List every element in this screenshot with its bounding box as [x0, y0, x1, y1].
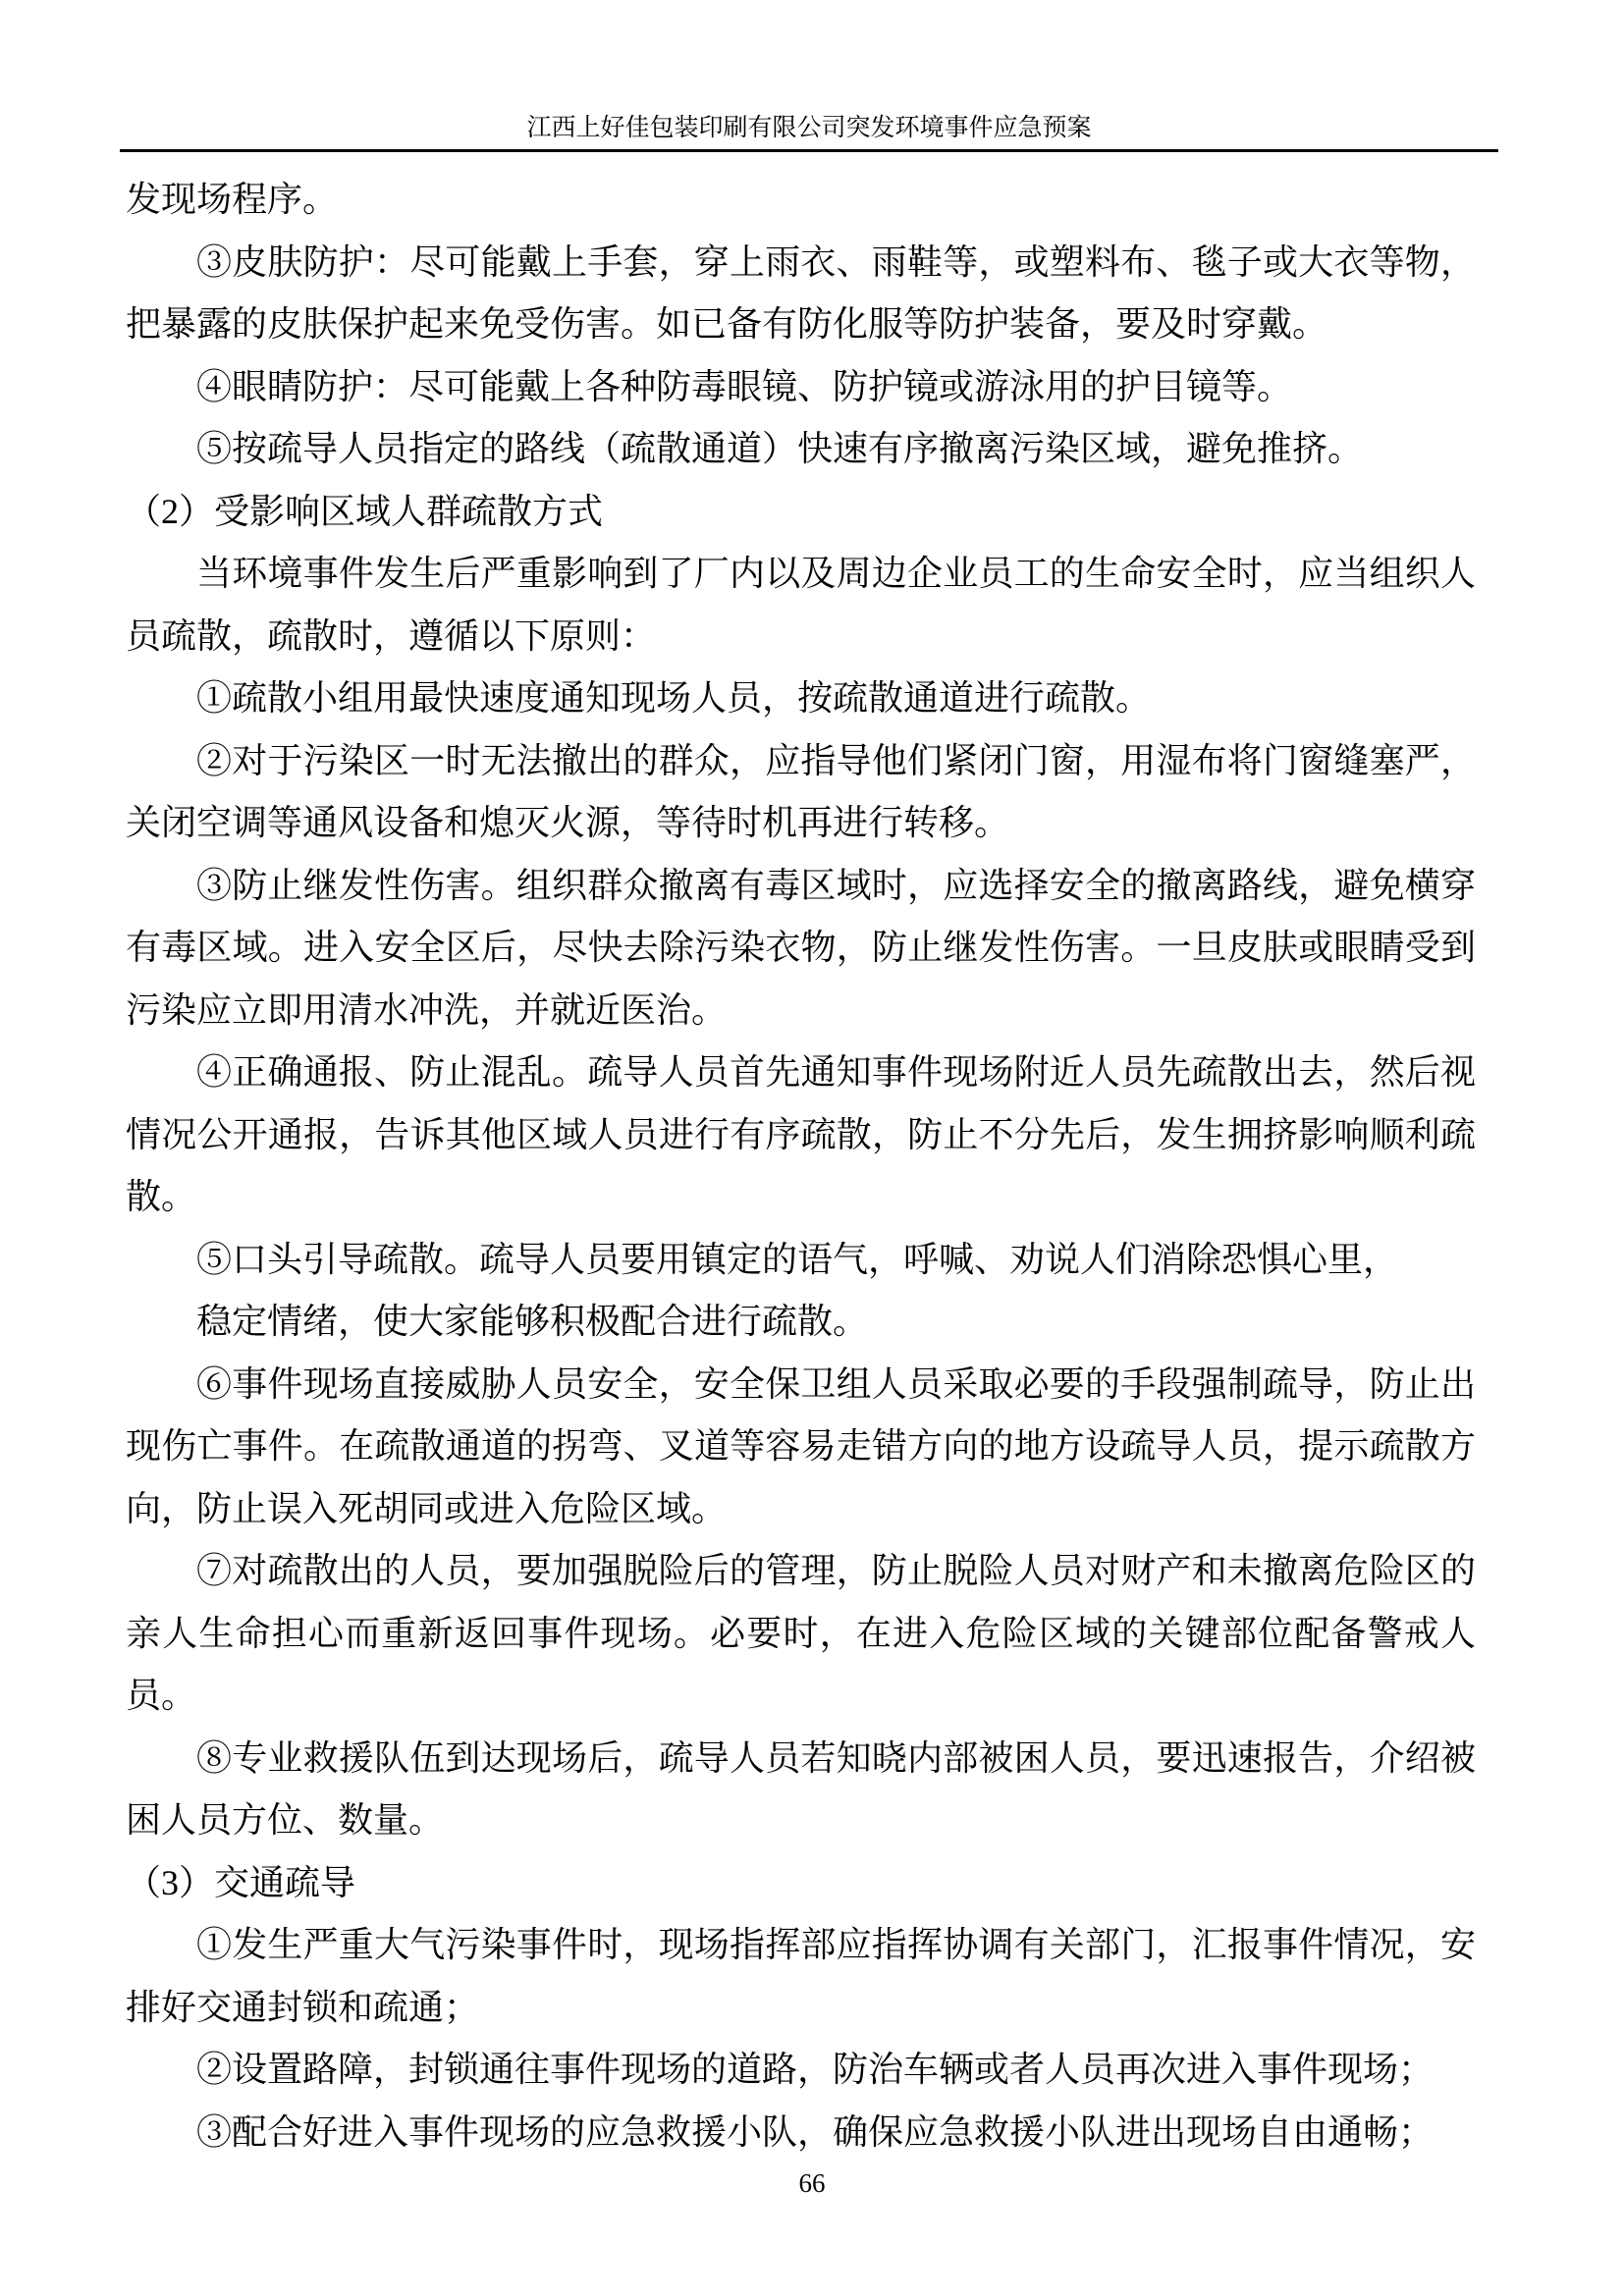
- paragraph: ③皮肤防护：尽可能戴上手套，穿上雨衣、雨鞋等，或塑料布、毯子或大衣等物，把暴露的…: [126, 232, 1476, 356]
- paragraph: ①疏散小组用最快速度通知现场人员，按疏散通道进行疏散。: [126, 667, 1476, 730]
- page-number: 66: [799, 2168, 826, 2198]
- paragraph: ①发生严重大气污染事件时，现场指挥部应指挥协调有关部门，汇报事件情况，安排好交通…: [126, 1914, 1476, 2039]
- section-heading: （3）交通疏导: [126, 1852, 1476, 1915]
- page-header: 江西上好佳包装印刷有限公司突发环境事件应急预案: [120, 0, 1498, 152]
- paragraph: ⑤口头引导疏散。疏导人员要用镇定的语气，呼喊、劝说人们消除恐惧心里，: [126, 1229, 1476, 1292]
- paragraph: 当环境事件发生后严重影响到了厂内以及周边企业员工的生命安全时，应当组织人员疏散，…: [126, 543, 1476, 667]
- page-body: 发现场程序。③皮肤防护：尽可能戴上手套，穿上雨衣、雨鞋等，或塑料布、毯子或大衣等…: [126, 169, 1476, 2163]
- page-footer: 66: [0, 2167, 1624, 2199]
- paragraph: ②设置路障，封锁通往事件现场的道路，防治车辆或者人员再次进入事件现场；: [126, 2039, 1476, 2102]
- paragraph: ③防止继发性伤害。组织群众撤离有毒区域时，应选择安全的撤离路线，避免横穿有毒区域…: [126, 855, 1476, 1042]
- section-heading: （2）受影响区域人群疏散方式: [126, 481, 1476, 544]
- paragraph: 发现场程序。: [126, 169, 1476, 232]
- document-header-title: 江西上好佳包装印刷有限公司突发环境事件应急预案: [120, 114, 1498, 143]
- paragraph: ⑧专业救援队伍到达现场后，疏导人员若知晓内部被困人员，要迅速报告，介绍被困人员方…: [126, 1728, 1476, 1852]
- paragraph: ⑥事件现场直接威胁人员安全，安全保卫组人员采取必要的手段强制疏导，防止出现伤亡事…: [126, 1354, 1476, 1541]
- paragraph: ⑦对疏散出的人员，要加强脱险后的管理，防止脱险人员对财产和未撤离危险区的亲人生命…: [126, 1540, 1476, 1728]
- paragraph: ④眼睛防护：尽可能戴上各种防毒眼镜、防护镜或游泳用的护目镜等。: [126, 356, 1476, 419]
- paragraph: ③配合好进入事件现场的应急救援小队，确保应急救援小队进出现场自由通畅；: [126, 2102, 1476, 2164]
- paragraph: ⑤按疏导人员指定的路线（疏散通道）快速有序撤离污染区域，避免推挤。: [126, 418, 1476, 481]
- paragraph: ②对于污染区一时无法撤出的群众，应指导他们紧闭门窗，用湿布将门窗缝塞严，关闭空调…: [126, 730, 1476, 855]
- document-page: 江西上好佳包装印刷有限公司突发环境事件应急预案 发现场程序。③皮肤防护：尽可能戴…: [0, 0, 1624, 2296]
- paragraph: ④正确通报、防止混乱。疏导人员首先通知事件现场附近人员先疏散出去，然后视情况公开…: [126, 1041, 1476, 1229]
- paragraph: 稳定情绪，使大家能够积极配合进行疏散。: [126, 1291, 1476, 1354]
